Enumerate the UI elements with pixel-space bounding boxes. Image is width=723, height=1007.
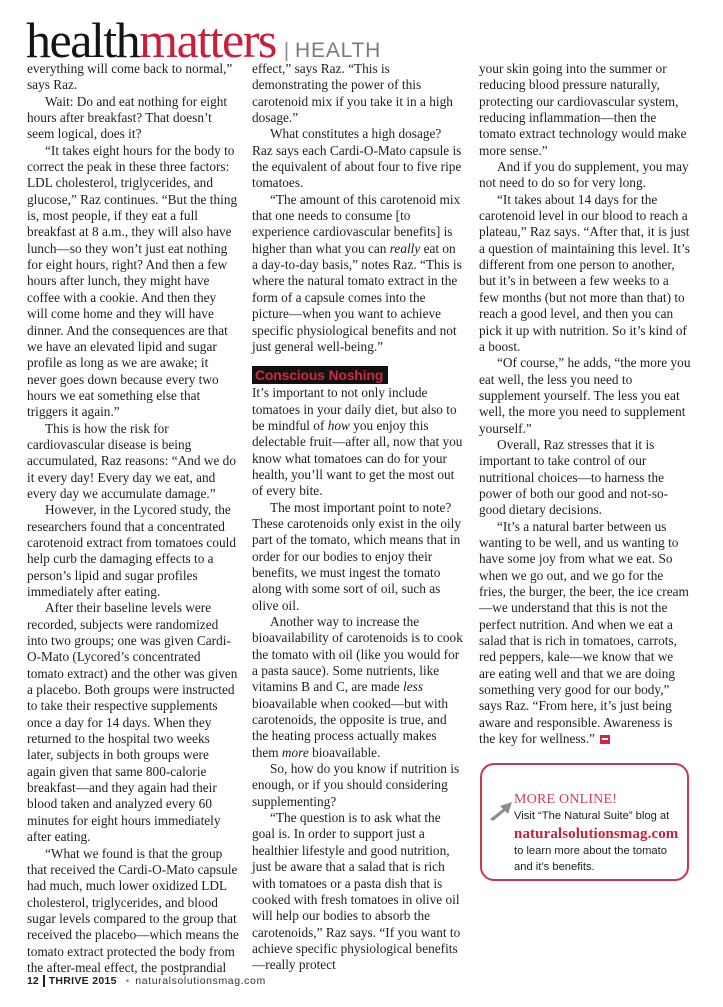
paragraph: everything will come back to normal,” sa… [27,61,239,94]
masthead: healthmatters | HEALTH [26,18,381,62]
paragraph: It’s important to not only include tomat… [252,385,464,499]
paragraph: “It takes eight hours for the body to co… [27,143,239,421]
paragraph: “What we found is that the group that re… [27,846,239,977]
callout-body: MORE ONLINE! Visit “The Natural Suite” b… [514,791,686,876]
paragraph: So, how do you know if nutrition is enou… [252,761,464,810]
footer-bullet: • [126,976,130,987]
paragraph: effect,” says Raz. “This is demonstratin… [252,61,464,126]
subhead-conscious-noshing: Conscious Noshing [252,366,388,384]
text-run: Another way to increase the bioavailabil… [252,614,463,694]
callout-line-2: to learn more about the tomato and it’s … [514,843,686,876]
paragraph: The most important point to note? These … [252,500,464,614]
callout-title: MORE ONLINE! [514,791,686,808]
paragraph: “It’s a natural barter between us wantin… [479,519,691,748]
paragraph: “The amount of this carotenoid mix that … [252,192,464,355]
paragraph: Another way to increase the bioavailabil… [252,614,464,761]
text-run: bioavailable. [309,745,381,760]
paragraph: “The question is to ask what the goal is… [252,810,464,973]
website-link[interactable]: naturalsolutionsmag.com [514,825,686,843]
paragraph: After their baseline levels were recorde… [27,600,239,845]
emphasis: really [390,241,421,256]
page-footer: 12 THRIVE 2015 • naturalsolutionsmag.com [27,975,266,987]
paragraph: This is how the risk for cardiovascular … [27,421,239,503]
end-mark-icon [600,735,610,744]
emphasis: more [282,745,309,760]
paragraph: And if you do supplement, you may not ne… [479,159,691,192]
paragraph: Overall, Raz stresses that it is importa… [479,437,691,519]
arrow-up-right-icon [488,799,514,821]
masthead-health: health [26,18,139,62]
paragraph: “Of course,” he adds, “the more you eat … [479,355,691,437]
column-2-after-subhead: It’s important to not only include tomat… [252,385,464,973]
paragraph: your skin going into the summer or reduc… [479,61,691,159]
footer-website: naturalsolutionsmag.com [135,975,266,987]
paragraph: “It takes about 14 days for the caroteno… [479,192,691,355]
footer-divider [43,975,45,987]
emphasis: how [328,418,350,433]
column-2: effect,” says Raz. “This is demonstratin… [252,61,464,974]
paragraph: Wait: Do and eat nothing for eight hours… [27,94,239,143]
callout-line-1: Visit “The Natural Suite” blog at [514,808,686,825]
paragraph: However, in the Lycored study, the resea… [27,502,239,600]
page-number: 12 [27,975,39,987]
paragraph: What constitutes a high dosage? Raz says… [252,126,464,191]
text-run: eat on a day-to-day basis,” notes Raz. “… [252,241,462,354]
column-2-before-subhead: effect,” says Raz. “This is demonstratin… [252,61,464,355]
issue-label: THRIVE 2015 [49,975,117,987]
masthead-matters: matters [139,18,276,62]
more-online-callout: MORE ONLINE! Visit “The Natural Suite” b… [480,763,689,881]
emphasis: less [403,679,423,694]
column-1: everything will come back to normal,” sa… [27,61,239,976]
column-3: your skin going into the summer or reduc… [479,61,691,747]
